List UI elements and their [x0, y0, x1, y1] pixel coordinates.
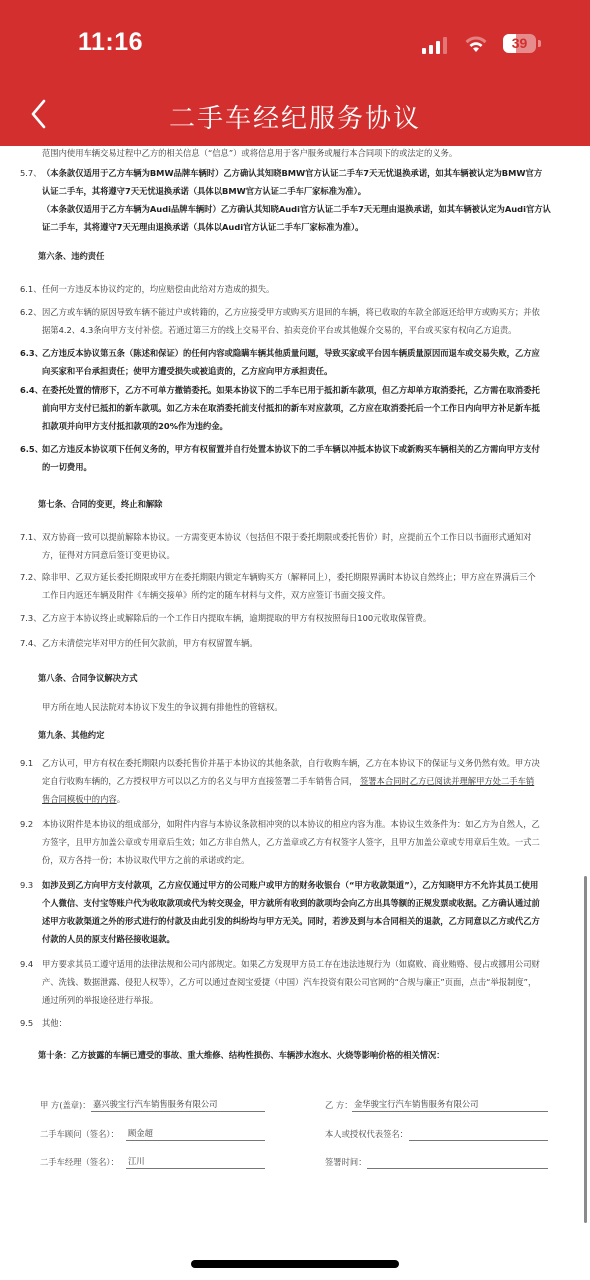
- clause-number: 7.4、: [20, 637, 42, 649]
- clause-9-5: 9.5 其他：: [20, 1017, 555, 1029]
- clause-line: 如涉及到乙方向甲方支付款项，乙方应仅通过甲方的公司账户或甲方的财务收银台（“甲方…: [42, 879, 555, 891]
- underlined-acknowledgement: 售合同模板中的内容: [42, 794, 117, 804]
- clause-7-4: 7.4、 乙方未清偿完毕对甲方的任何欠款前，甲方有权留置车辆。: [20, 637, 555, 649]
- clause-line: 工作日内返还车辆及附件《车辆交接单》所约定的随车材料与文件，双方应签订书面交接文…: [42, 589, 555, 601]
- document-scrollbar[interactable]: [584, 876, 587, 1223]
- section-heading-9: 第九条、其他约定: [38, 729, 104, 741]
- advisor-signature-field[interactable]: 顾金超: [126, 1127, 265, 1141]
- clause-line: 任何一方违反本协议约定的，均应赔偿由此给对方造成的损失。: [42, 283, 555, 295]
- clause-line: （本条款仅适用于乙方车辆为Audi品牌车辆时）乙方确认其知晓Audi官方认证二手…: [42, 203, 555, 215]
- clause-number: 7.1、: [20, 531, 42, 543]
- clause-number: 7.3、: [20, 612, 42, 624]
- clause-5-6-tail: 范围内使用车辆交易过程中乙方的相关信息（“信息”）或将信息用于客户服务或履行本合…: [42, 147, 457, 159]
- clause-number: 6.1、: [20, 283, 42, 295]
- clause-number: 6.3、: [20, 347, 43, 359]
- party-a-field[interactable]: 嘉兴骏宝行汽车销售服务有限公司: [91, 1098, 265, 1112]
- clause-number: 9.4: [20, 958, 33, 970]
- clause-line: 述甲方收款渠道之外的形式进行的付款及由此引发的纠纷均与甲方无关。同时，若涉及到与…: [42, 915, 555, 927]
- clause-line: 双方协商一致可以提前解除本协议。一方需变更本协议（包括但不限于委托期限或委托售价…: [42, 531, 555, 543]
- section-heading-7: 第七条、合同的变更，终止和解除: [38, 498, 162, 510]
- clause-line: 因乙方或车辆的原因导致车辆不能过户或转籍的，乙方应接受甲方或购买方退回的车辆，将…: [42, 306, 555, 318]
- clause-line: 付款的人员的原支付路径接收退款。: [42, 933, 555, 945]
- clause-number: 6.2、: [20, 306, 42, 318]
- clause-line: （本条款仅适用于乙方车辆为BMW品牌车辆时）乙方确认其知晓BMW官方认证二手车7…: [42, 167, 555, 179]
- clause-6-2: 6.2、 因乙方或车辆的原因导致车辆不能过户或转籍的，乙方应接受甲方或购买方退回…: [20, 306, 555, 336]
- clause-line: 乙方未清偿完毕对甲方的任何欠款前，甲方有权留置车辆。: [42, 637, 555, 649]
- clause-line: 据第4.2、4.3条向甲方支付补偿。若通过第三方的线上交易平台、拍卖竞价平台或其…: [42, 324, 555, 336]
- clause-line: 产、洗钱、数据泄露、侵犯人权等），乙方可以通过查阅宝爱捷（中国）汽车投资有限公司…: [42, 976, 555, 988]
- clause-line: 乙方违反本协议第五条（陈述和保证）的任何内容或隐瞒车辆其他质量问题，导致买家或平…: [42, 347, 555, 359]
- signal-icon: [422, 37, 447, 54]
- clause-5-7: 5.7、 （本条款仅适用于乙方车辆为BMW品牌车辆时）乙方确认其知晓BMW官方认…: [20, 167, 555, 233]
- clause-9-4: 9.4 甲方要求其员工遵守适用的法律法规和公司内部规定。如果乙方发现甲方员工存在…: [20, 958, 555, 1006]
- party-b-field[interactable]: 金华骏宝行汽车销售服务有限公司: [352, 1098, 548, 1112]
- clause-line: 认证二手车，其将遵守7天无忧退换承诺（具体以BMW官方认证二手车厂家标准为准）。: [42, 185, 555, 197]
- clause-6-4: 6.4、 在委托处置的情形下，乙方不可单方撤销委托。如果本协议下的二手车已用于抵…: [20, 384, 555, 432]
- clause-line: 份，双方各持一份；本协议取代甲方之前的承诺或约定。: [42, 854, 555, 866]
- clause-line: 扣款项并向甲方支付抵扣款项的20%作为违约金。: [42, 420, 555, 432]
- clause-6-1: 6.1、 任何一方违反本协议约定的，均应赔偿由此给对方造成的损失。: [20, 283, 555, 295]
- battery-icon: 39: [503, 34, 536, 53]
- clause-line: 乙方认可，甲方有权在委托期限内以委托售价并基于本协议的其他条款，自行收购车辆，乙…: [42, 757, 555, 769]
- party-a-label: 甲 方(盖章)：: [40, 1099, 91, 1111]
- clause-7-3: 7.3、 乙方应于本协议终止或解除后的一个工作日内提取车辆，逾期提取的甲方有权按…: [20, 612, 555, 624]
- manager-signature-field[interactable]: 江川: [126, 1155, 265, 1169]
- clause-7-1: 7.1、 双方协商一致可以提前解除本协议。一方需变更本协议（包括但不限于委托期限…: [20, 531, 555, 561]
- clause-7-2: 7.2、 除非甲、乙双方延长委托期限或甲方在委托期限内锁定车辆购买方（解释同上）…: [20, 571, 555, 601]
- party-b-label: 乙 方：: [325, 1099, 353, 1111]
- section-heading-10: 第十条：乙方披露的车辆已遭受的事故、重大维修、结构性损伤、车辆涉水泡水、火烧等影…: [38, 1049, 445, 1061]
- sign-date-field[interactable]: [367, 1155, 548, 1169]
- rep-signature-label: 本人或授权代表签名：: [325, 1128, 408, 1140]
- advisor-label: 二手车顾问（签名）：: [40, 1128, 119, 1140]
- clause-line: 方签字，且甲方加盖公章或专用章后生效；如乙方非自然人，乙方盖章或乙方有权签字人签…: [42, 836, 555, 848]
- clause-number: 9.5: [20, 1017, 33, 1029]
- section-heading-6: 第六条、违约责任: [38, 250, 104, 262]
- clause-line: 定自行收购车辆的，乙方授权甲方可以以乙方的名义与甲方直接签署二手车销售合同，: [42, 776, 357, 786]
- clause-line: 向买家和平台承担责任；使甲方遭受损失或被追责的，乙方应向甲方承担责任。: [42, 365, 555, 377]
- clause-line: 证二手车，其将遵守7天无理由退换承诺（具体以Audi官方认证二手车厂家标准为准）…: [42, 221, 555, 233]
- page-title: 二手车经纪服务协议: [0, 98, 590, 135]
- clause-number: 6.5、: [20, 443, 43, 455]
- rep-signature-field[interactable]: [409, 1127, 548, 1141]
- battery-percent: 39: [503, 34, 536, 53]
- clause-line: 其他：: [42, 1017, 555, 1029]
- clause-line: 在委托处置的情形下，乙方不可单方撤销委托。如果本协议下的二手车已用于抵扣新车款项…: [42, 384, 555, 396]
- clause-line: 乙方应于本协议终止或解除后的一个工作日内提取车辆，逾期提取的甲方有权按照每日10…: [42, 612, 555, 624]
- clause-line: 本协议附件是本协议的组成部分，如附件内容与本协议条款相冲突的以本协议的相应内容为…: [42, 818, 555, 830]
- clause-8: 甲方所在地人民法院对本协议下发生的争议拥有排他性的管辖权。: [42, 701, 283, 713]
- app-header: 11:16 39 二手车经纪服务协议: [0, 0, 590, 146]
- clause-number: 9.3: [20, 879, 33, 891]
- clause-9-1: 9.1 乙方认可，甲方有权在委托期限内以委托售价并基于本协议的其他条款，自行收购…: [20, 757, 555, 805]
- clause-line: 如乙方违反本协议项下任何义务的，甲方有权留置并自行处置本协议下的二手车辆以冲抵本…: [42, 443, 555, 455]
- clause-line: 的一切费用。: [42, 461, 555, 473]
- clause-number: 9.2: [20, 818, 33, 830]
- clause-6-3: 6.3、 乙方违反本协议第五条（陈述和保证）的任何内容或隐瞒车辆其他质量问题，导…: [20, 347, 555, 377]
- clause-line: 甲方要求其员工遵守适用的法律法规和公司内部规定。如果乙方发现甲方员工存在违法违规…: [42, 958, 555, 970]
- section-heading-8: 第八条、合同争议解决方式: [38, 672, 138, 684]
- nav-bar: 二手车经纪服务协议: [0, 90, 590, 146]
- underlined-acknowledgement: 签署本合同时乙方已阅读并理解甲方处二手车销: [360, 776, 534, 786]
- clause-line: 通过所列的举报途径进行举报。: [42, 994, 555, 1006]
- battery-tip: [538, 40, 541, 47]
- clause-6-5: 6.5、 如乙方违反本协议项下任何义务的，甲方有权留置并自行处置本协议下的二手车…: [20, 443, 555, 473]
- manager-label: 二手车经理（签名）：: [40, 1156, 119, 1168]
- status-bar: 11:16 39: [0, 0, 590, 90]
- sign-date-label: 签署时间：: [325, 1156, 367, 1168]
- clause-number: 6.4、: [20, 384, 43, 396]
- clause-line: 除非甲、乙双方延长委托期限或甲方在委托期限内锁定车辆购买方（解释同上），委托期限…: [42, 571, 555, 583]
- clause-line: 方，征得对方同意后签订变更协议。: [42, 549, 555, 561]
- clause-line: 个人微信、支付宝等账户代为收取款项或代为转交现金，甲方就所有收到的款项均会向乙方…: [42, 897, 555, 909]
- home-indicator[interactable]: [191, 1260, 399, 1268]
- clause-line: 。: [117, 794, 125, 804]
- clause-number: 9.1: [20, 757, 33, 769]
- clause-number: 7.2、: [20, 571, 42, 583]
- clause-9-3: 9.3 如涉及到乙方向甲方支付款项，乙方应仅通过甲方的公司账户或甲方的财务收银台…: [20, 879, 555, 945]
- clause-line: 前向甲方支付已抵扣的新车款项。如乙方未在取消委托前支付抵扣的新车对应款项，乙方应…: [42, 402, 555, 414]
- wifi-icon: [464, 34, 488, 54]
- clause-9-2: 9.2 本协议附件是本协议的组成部分，如附件内容与本协议条款相冲突的以本协议的相…: [20, 818, 555, 866]
- agreement-document[interactable]: 范围内使用车辆交易过程中乙方的相关信息（“信息”）或将信息用于客户服务或履行本合…: [0, 146, 590, 1280]
- clause-number: 5.7、: [20, 167, 42, 179]
- status-time: 11:16: [78, 28, 143, 57]
